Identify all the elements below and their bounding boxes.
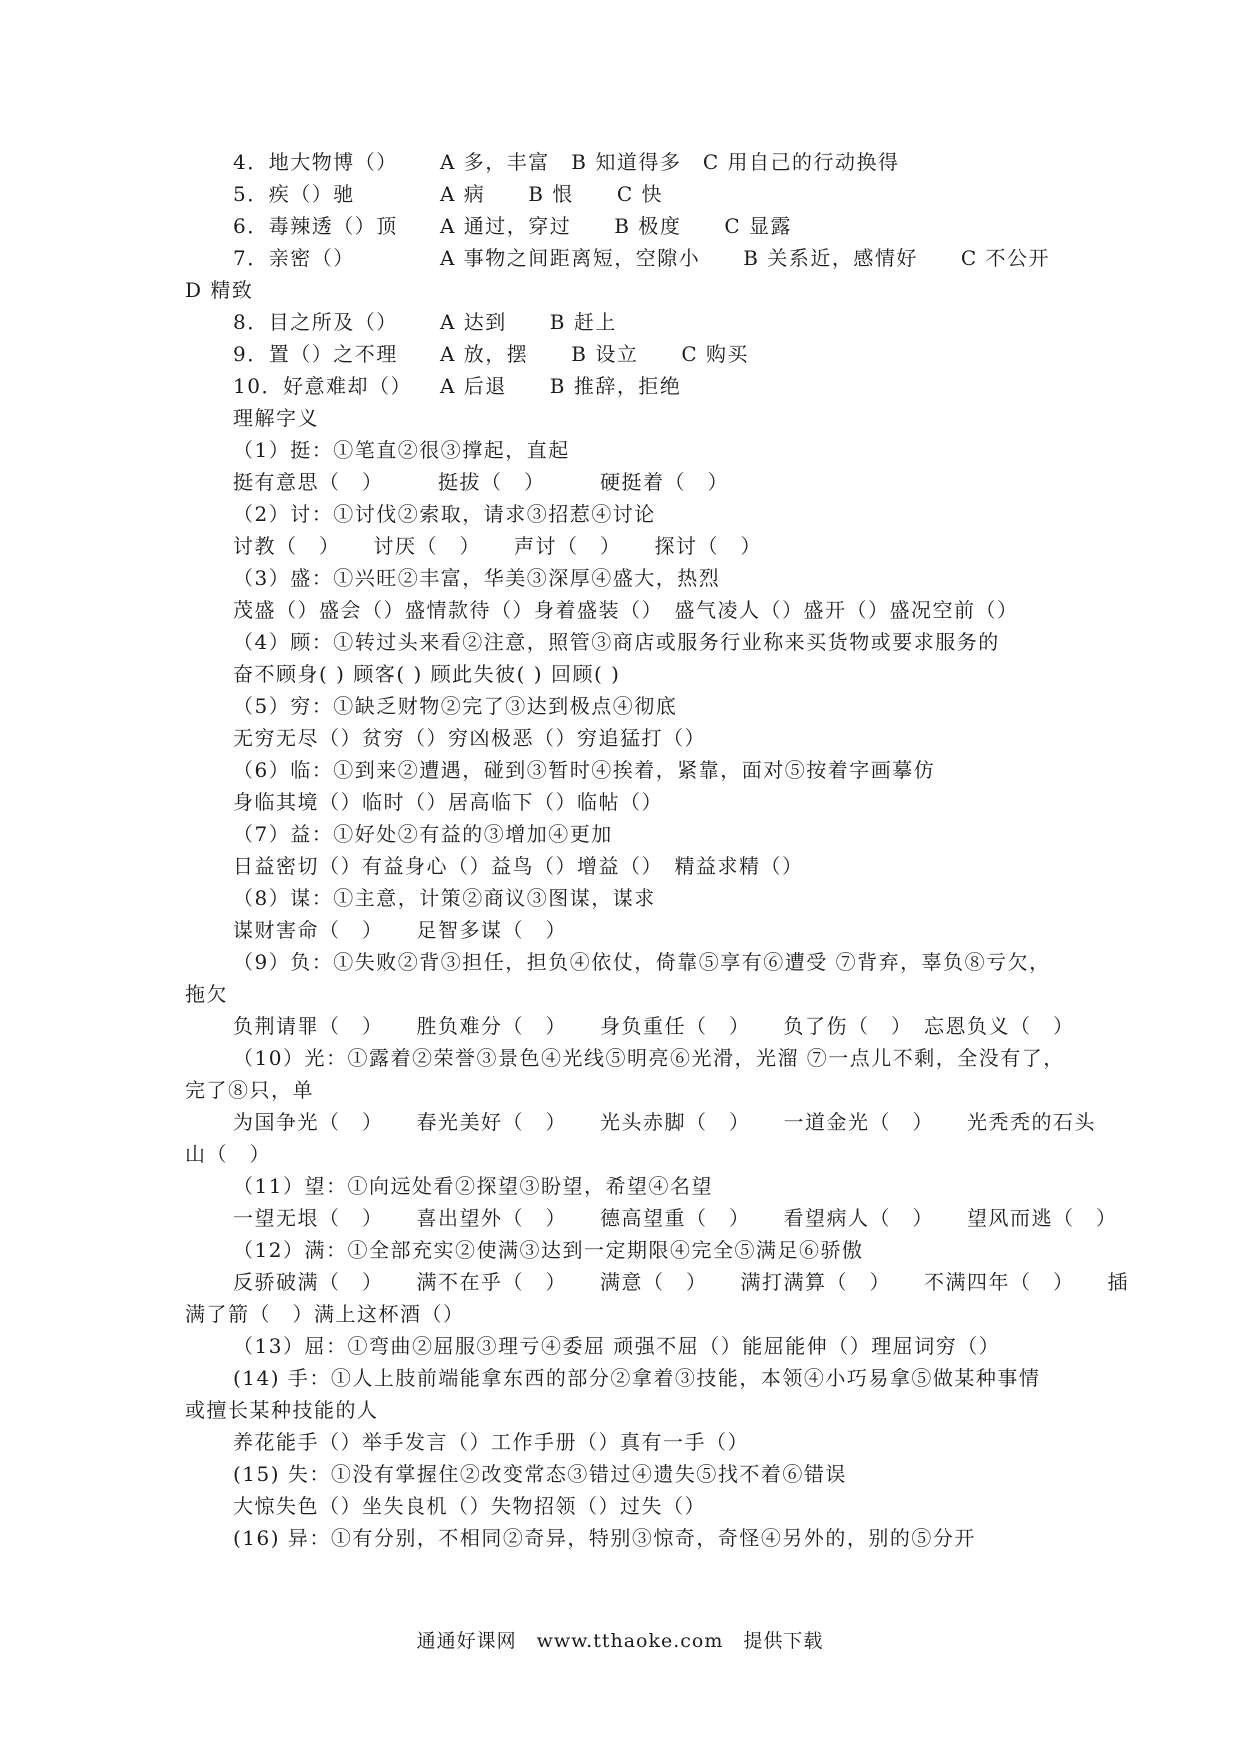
text-line: 反骄破满（ ） 满不在乎（ ） 满意（ ） 满打满算（ ） 不满四年（ ） 插 <box>185 1266 1200 1298</box>
question-text: 9．置（）之不理 <box>233 338 440 370</box>
text-line: （5）穷：①缺乏财物②完了③达到极点④彻底 <box>185 690 1200 722</box>
text-line: 挺有意思（ ） 挺拔（ ） 硬挺着（ ） <box>185 466 1200 498</box>
text-line: （1）挺：①笔直②很③撑起，直起 <box>185 434 1200 466</box>
question-line: 9．置（）之不理A 放，摆 B 设立 C 购买 <box>185 338 1200 370</box>
text-line: 养花能手（）举手发言（）工作手册（）真有一手（） <box>185 1426 1200 1458</box>
text-line: （2）讨：①讨伐②索取，请求③招惹④讨论 <box>185 498 1200 530</box>
text-line: 山（ ） <box>185 1138 1200 1170</box>
text-line: D 精致 <box>185 274 1200 306</box>
options-text: A 事物之间距离短，空隙小 B 关系近，感情好 C 不公开 <box>440 246 1050 270</box>
text-line: （3）盛：①兴旺②丰富，华美③深厚④盛大，热烈 <box>185 562 1200 594</box>
document-body: 4．地大物博（）A 多，丰富 B 知道得多 C 用自己的行动换得5．疾（）驰A … <box>0 146 1240 1554</box>
options-text: A 病 B 恨 C 快 <box>440 182 663 206</box>
options-text: A 多，丰富 B 知道得多 C 用自己的行动换得 <box>440 150 900 174</box>
options-text: A 后退 B 推辞，拒绝 <box>440 374 681 398</box>
text-line: 满了箭（ ）满上这杯酒（） <box>185 1298 1200 1330</box>
text-line: （9）负：①失败②背③担任，担负④依仗，倚靠⑤享有⑥遭受 ⑦背弃，辜负⑧亏欠， <box>185 946 1200 978</box>
text-line: 或擅长某种技能的人 <box>185 1394 1200 1426</box>
text-line: （11）望：①向远处看②探望③盼望，希望④名望 <box>185 1170 1200 1202</box>
text-line: 茂盛（）盛会（）盛情款待（）身着盛装（） 盛气凌人（）盛开（）盛况空前（） <box>185 594 1200 626</box>
text-line: （6）临：①到来②遭遇，碰到③暂时④挨着，紧靠，面对⑤按着字画摹仿 <box>185 754 1200 786</box>
text-line: （7）益：①好处②有益的③增加④更加 <box>185 818 1200 850</box>
text-line: 理解字义 <box>185 402 1200 434</box>
text-line: 为国争光（ ） 春光美好（ ） 光头赤脚（ ） 一道金光（ ） 光秃秃的石头 <box>185 1106 1200 1138</box>
text-line: (15) 失：①没有掌握住②改变常态③错过④遗失⑤找不着⑥错误 <box>185 1458 1200 1490</box>
text-line: 负荆请罪（ ） 胜负难分（ ） 身负重任（ ） 负了伤（ ） 忘恩负义（ ） <box>185 1010 1200 1042</box>
question-line: 5．疾（）驰A 病 B 恨 C 快 <box>185 178 1200 210</box>
text-line: 奋不顾身( ) 顾客( ) 顾此失彼( ) 回顾( ) <box>185 658 1200 690</box>
scanned-document-page: 4．地大物博（）A 多，丰富 B 知道得多 C 用自己的行动换得5．疾（）驰A … <box>0 0 1240 1754</box>
text-line: 拖欠 <box>185 978 1200 1010</box>
text-line: 完了⑧只，单 <box>185 1074 1200 1106</box>
question-line: 10．好意难却（）A 后退 B 推辞，拒绝 <box>185 370 1200 402</box>
options-text: A 通过，穿过 B 极度 C 显露 <box>440 214 792 238</box>
text-line: 一望无垠（ ） 喜出望外（ ） 德高望重（ ） 看望病人（ ） 望风而逃（ ） <box>185 1202 1200 1234</box>
text-line: 日益密切（）有益身心（）益鸟（）增益（） 精益求精（） <box>185 850 1200 882</box>
text-line: 讨教（ ） 讨厌（ ） 声讨（ ） 探讨（ ） <box>185 530 1200 562</box>
text-line: (16) 异：①有分别，不相同②奇异，特别③惊奇，奇怪④另外的，别的⑤分开 <box>185 1522 1200 1554</box>
footer-credit: 通通好课网 www.tthaoke.com 提供下载 <box>0 1628 1240 1654</box>
text-line: 大惊失色（）坐失良机（）失物招领（）过失（） <box>185 1490 1200 1522</box>
question-line: 6．毒辣透（）顶A 通过，穿过 B 极度 C 显露 <box>185 210 1200 242</box>
options-text: A 放，摆 B 设立 C 购买 <box>440 342 749 366</box>
question-text: 10．好意难却（） <box>233 370 440 402</box>
question-line: 4．地大物博（）A 多，丰富 B 知道得多 C 用自己的行动换得 <box>185 146 1200 178</box>
text-line: （8）谋：①主意，计策②商议③图谋，谋求 <box>185 882 1200 914</box>
question-line: 8．目之所及（）A 达到 B 赶上 <box>185 306 1200 338</box>
options-text: A 达到 B 赶上 <box>440 310 617 334</box>
question-text: 5．疾（）驰 <box>233 178 440 210</box>
question-text: 4．地大物博（） <box>233 146 440 178</box>
text-line: 身临其境（）临时（）居高临下（）临帖（） <box>185 786 1200 818</box>
text-line: (14) 手：①人上肢前端能拿东西的部分②拿着③技能，本领④小巧易拿⑤做某种事情 <box>185 1362 1200 1394</box>
text-line: （12）满：①全部充实②使满③达到一定期限④完全⑤满足⑥骄傲 <box>185 1234 1200 1266</box>
text-line: （13）屈：①弯曲②屈服③理亏④委屈 顽强不屈（）能屈能伸（）理屈词穷（） <box>185 1330 1200 1362</box>
text-line: 无穷无尽（）贫穷（）穷凶极恶（）穷追猛打（） <box>185 722 1200 754</box>
question-text: 6．毒辣透（）顶 <box>233 210 440 242</box>
text-line: 谋财害命（ ） 足智多谋（ ） <box>185 914 1200 946</box>
text-line: （10）光：①露着②荣誉③景色④光线⑤明亮⑥光滑，光溜 ⑦一点儿不剩，全没有了， <box>185 1042 1200 1074</box>
question-text: 7．亲密（） <box>233 242 440 274</box>
question-text: 8．目之所及（） <box>233 306 440 338</box>
text-line: （4）顾：①转过头来看②注意，照管③商店或服务行业称来买货物或要求服务的 <box>185 626 1200 658</box>
question-line: 7．亲密（）A 事物之间距离短，空隙小 B 关系近，感情好 C 不公开 <box>185 242 1200 274</box>
